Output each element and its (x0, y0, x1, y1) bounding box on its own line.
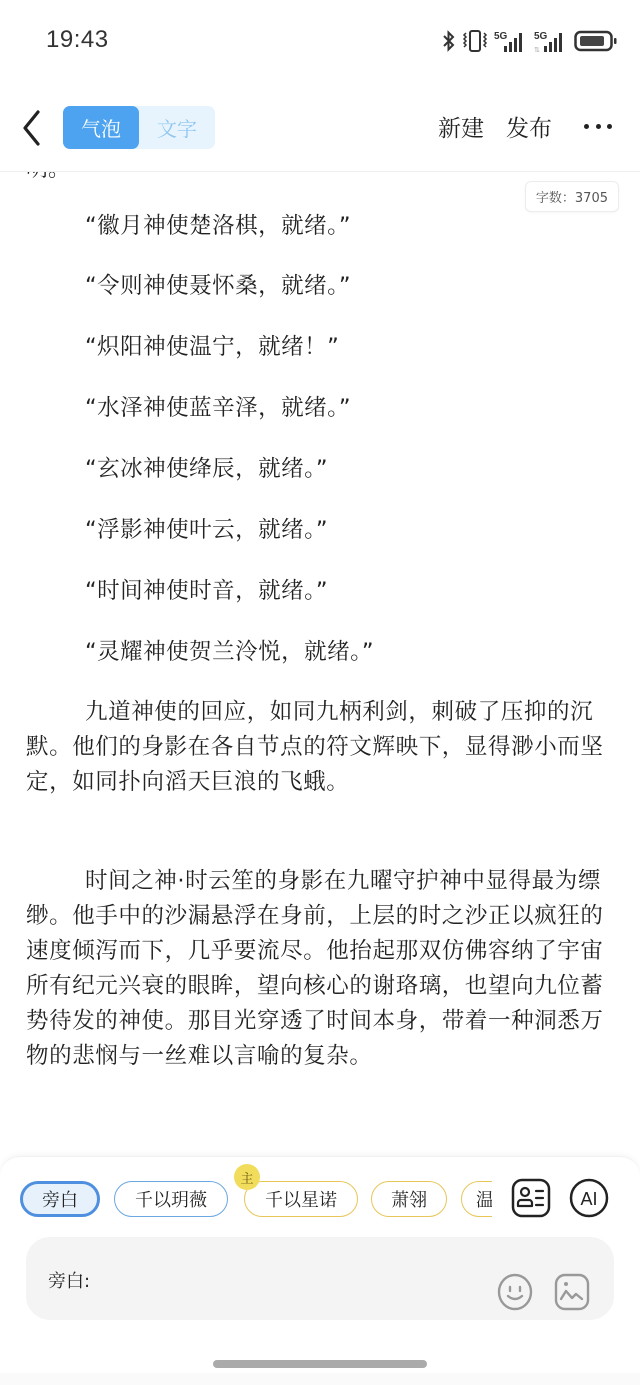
dialog-line: “玄冰神使绛辰，就绪。” (85, 451, 328, 483)
dialog-line: “灵耀神使贺兰泠悦，就绪。” (85, 634, 374, 666)
more-horizontal-icon (584, 124, 589, 129)
signal-5g-icon: 5G⇅ (534, 29, 568, 53)
new-button[interactable]: 新建 (438, 110, 484, 143)
status-icons: 5G 5G⇅ (442, 28, 618, 54)
dialog-line: “炽阳神使温宁，就绪！” (85, 329, 339, 361)
composer-panel: 旁白 千以玥薇 千以星诺 萧翎 温宁 AI 旁白: (0, 1156, 640, 1385)
chip-character[interactable]: 温宁 (461, 1181, 492, 1217)
nav-actions: 新建 发布 (438, 110, 612, 143)
vibrate-icon (462, 29, 488, 53)
chip-character-main[interactable]: 千以星诺 (244, 1181, 358, 1217)
signal-5g-icon: 5G (494, 29, 528, 53)
home-indicator[interactable] (213, 1360, 427, 1368)
battery-icon (574, 29, 618, 53)
gesture-area (0, 1373, 640, 1385)
chevron-left-icon (18, 106, 48, 150)
tab-text[interactable]: 文字 (139, 106, 215, 149)
status-bar: 19:43 5G 5G⇅ (0, 0, 640, 82)
emoji-button[interactable] (496, 1273, 534, 1311)
ai-button[interactable]: AI (568, 1177, 610, 1219)
more-button[interactable] (584, 112, 612, 142)
paragraph: 时间之神·时云笙的身影在九曜守护神中显得最为缥缈。他手中的沙漏悬浮在身前，上层的… (26, 864, 616, 1074)
chip-narrator[interactable]: 旁白 (20, 1181, 100, 1217)
svg-text:AI: AI (580, 1189, 597, 1209)
ai-icon: AI (568, 1177, 610, 1219)
more-dot (607, 124, 612, 129)
dialog-line: “令则神使聂怀桑，就绪。” (85, 268, 351, 300)
mode-toggle: 气泡 文字 (63, 106, 215, 149)
publish-button[interactable]: 发布 (506, 110, 552, 143)
contact-card-icon (510, 1177, 552, 1219)
tab-bubble[interactable]: 气泡 (63, 106, 139, 149)
dialog-line: “时间神使时音，就绪。” (85, 573, 328, 605)
back-button[interactable] (18, 106, 48, 150)
chip-character[interactable]: 萧翎 (371, 1181, 447, 1217)
previous-paragraph-tail: 明。 (26, 172, 70, 183)
status-time: 19:43 (46, 26, 109, 54)
svg-text:5G: 5G (494, 31, 508, 42)
word-count-badge: 字数：3705 (525, 181, 619, 212)
dialog-input[interactable]: 旁白: (26, 1237, 614, 1320)
nav-bar: 气泡 文字 新建 发布 (0, 82, 640, 172)
svg-text:⇅: ⇅ (534, 47, 540, 53)
more-dot (596, 124, 601, 129)
role-manager-button[interactable] (510, 1177, 552, 1219)
paragraph: 九道神使的回应，如同九柄利剑，刺破了压抑的沉默。他们的身影在各自节点的符文辉映下… (26, 695, 616, 800)
dialog-line: “浮影神使叶云，就绪。” (85, 512, 328, 544)
smiley-icon (496, 1273, 534, 1311)
story-content[interactable]: 明。 字数：3705 “徽月神使楚洛棋，就绪。” “令则神使聂怀桑，就绪。” “… (0, 172, 640, 1162)
image-icon (553, 1273, 591, 1311)
chip-character[interactable]: 千以玥薇 (114, 1181, 228, 1217)
main-character-badge: 主 (234, 1164, 260, 1190)
input-speaker-label: 旁白: (48, 1267, 90, 1293)
image-button[interactable] (553, 1273, 591, 1311)
svg-text:5G: 5G (534, 31, 548, 42)
dialog-line: “水泽神使蓝辛泽，就绪。” (85, 390, 351, 422)
dialog-line: “徽月神使楚洛棋，就绪。” (85, 208, 351, 240)
bluetooth-icon (442, 30, 456, 52)
